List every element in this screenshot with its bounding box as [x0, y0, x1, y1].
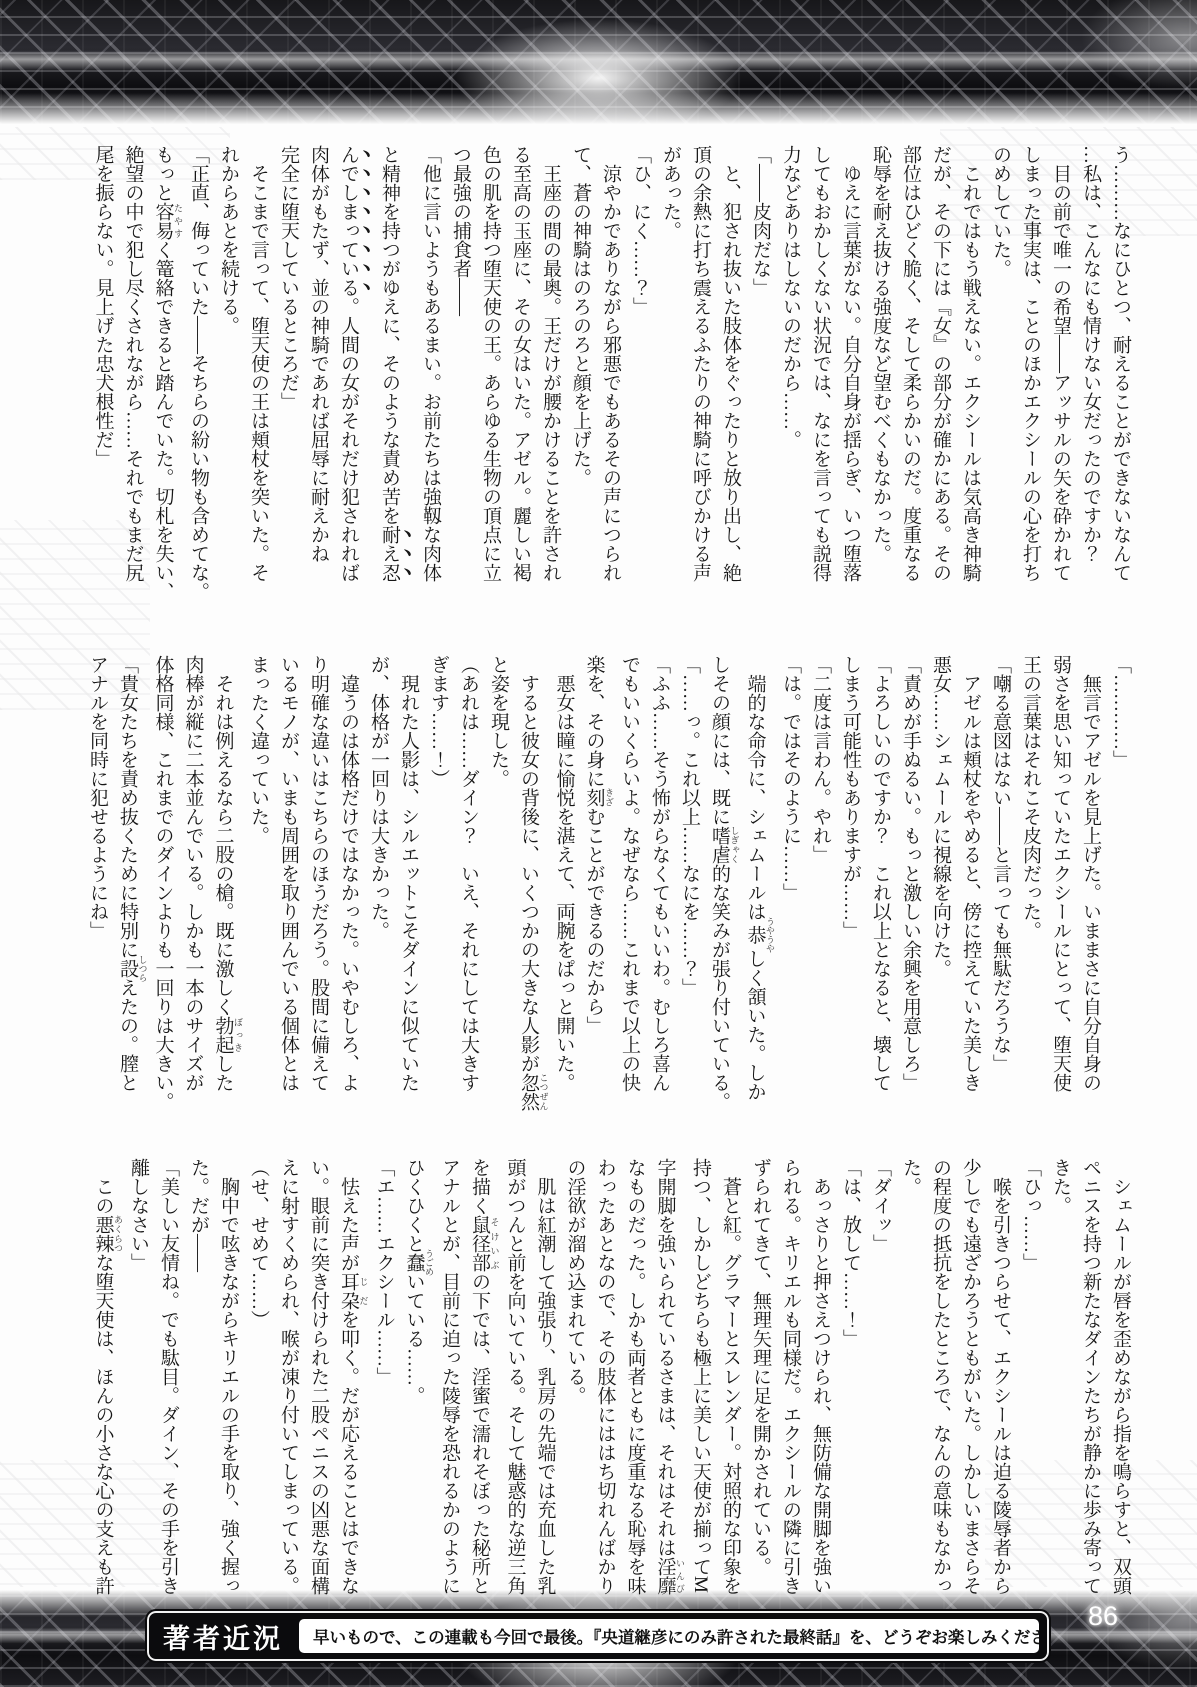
- text-column: る至高の玉座に、その女はいた。アゼル。麗しい褐: [505, 145, 535, 619]
- novel-page: う………なにひとつ、耐えることができないなんて…私は、こんなにも情けない女だった…: [0, 0, 1197, 1687]
- text-block-3: シェムールが唇を歪めながら指を鳴らすと、双頭ペニスを持つ新たなダインたちが静かに…: [103, 1158, 1135, 1610]
- text-column: …私は、こんなにも情けない女だったのですか？: [1075, 145, 1105, 619]
- text-column: 「——皮肉だな」: [745, 145, 775, 619]
- text-column: のめしていた。: [985, 145, 1015, 619]
- author-news-label: 著者近況: [149, 1617, 299, 1656]
- text-column: 肌は紅潮して強張り、乳房の先端では充血した乳: [530, 1158, 560, 1610]
- text-column: それは例えるなら二股の槍。既に激しく勃起ぼっきした: [208, 655, 244, 1129]
- text-column: まったく違っていた。: [243, 655, 273, 1129]
- text-column: ひくひくと蠢うごめいている……。: [399, 1158, 435, 1610]
- text-column: 「美しい友情ね。でも駄目。ダイン、その手を引き: [153, 1158, 183, 1610]
- text-column: 「正直、侮っていた——そちらの紛い物も含めてな。: [183, 145, 213, 619]
- text-column: と姿を現した。: [483, 655, 513, 1129]
- text-column: しその顔には、既に嗜虐しぎゃく的な笑みが張り付いている。: [704, 655, 740, 1129]
- text-column: 「……っ。これ以上……なにを……？」: [674, 655, 704, 1129]
- text-column: （せ、せめて……）: [243, 1158, 273, 1610]
- text-column: なものだった。しかも両者ともに度重なる恥辱を味: [620, 1158, 650, 1610]
- text-column: あっさりと押さえつけられ、無防備な開脚を強い: [805, 1158, 835, 1610]
- text-column: 絶望の中で犯し尽くされながら……それでもまだ尻: [118, 145, 148, 619]
- text-block-1: う………なにひとつ、耐えることができないなんて…私は、こんなにも情けない女だった…: [103, 145, 1135, 619]
- text-column: 頂の余熱に打ち震えるふたりの神騎に呼びかける声: [685, 145, 715, 619]
- text-column: を描く鼠径部そけいぶの下では、淫蜜で濡れそぼった秘所と: [464, 1158, 500, 1610]
- text-column: 体格同様、これまでのダインよりも一回りは大きい。: [148, 655, 178, 1129]
- text-column: 「嘲る意図はない——と言っても無駄だろうな」: [985, 655, 1015, 1129]
- text-column: と、犯され抜いた肢体をぐったりと放り出し、絶: [715, 145, 745, 619]
- text-column: 王の言葉はそれこそ皮肉だった。: [1015, 655, 1045, 1129]
- text-column: 尾を振らない。見上げた忠犬根性だ」: [88, 145, 118, 619]
- text-column: しまう可能性もありますが……」: [835, 655, 865, 1129]
- text-column: 「は、放して……！」: [835, 1158, 865, 1610]
- text-column: わったあとなので、その肢体にははち切れんばかり: [590, 1158, 620, 1610]
- text-column: 離しなさい」: [123, 1158, 153, 1610]
- text-column: ずられてきて、無理矢理に足を開かされている。: [745, 1158, 775, 1610]
- text-column: 完全に堕天しているところだ」: [273, 145, 303, 619]
- top-circuit-decoration: [0, 0, 1197, 126]
- text-column: 肉体がもたず、並の神騎であれば屈辱に耐えかね: [303, 145, 333, 619]
- text-column: 少しでも遠ざかろうともがいた。しかしいまさらそ: [955, 1158, 985, 1610]
- text-column: 端的な命令に、シェムールは恭うやうやしく頷いた。しか: [740, 655, 776, 1129]
- text-column: 「ダイッ」: [865, 1158, 895, 1610]
- text-column: 肉棒が縦に二本並んでいる。しかも一本のサイズが: [178, 655, 208, 1129]
- author-news-bar: 著者近況 早いもので、この連載も今回で最後。『央道継彦にのみ許された最終話』を、…: [147, 1611, 1049, 1661]
- text-column: があった。: [655, 145, 685, 619]
- text-column: 楽を、その身に刻きざむことができるのだから」: [579, 655, 615, 1129]
- text-column: た。: [895, 1158, 925, 1610]
- text-column: 「二度は言わん。やれ」: [805, 655, 835, 1129]
- text-column: ゆえに言葉がない。自分自身が揺らぎ、いつ堕落: [835, 145, 865, 619]
- text-column: してもおかしくない状況では、なにを言っても説得: [805, 145, 835, 619]
- text-column: 涼やかでありながら邪悪でもあるその声につられ: [595, 145, 625, 619]
- text-column: すると彼女の背後に、いくつかの大きな人影が忽然こつぜん: [513, 655, 549, 1129]
- text-column: 「ひ、にく……？」: [625, 145, 655, 619]
- text-column: り明確な違いはこちらのほうだろう。股間に備えて: [303, 655, 333, 1129]
- text-column: そこまで言って、堕天使の王は頬杖を突いた。そ: [243, 145, 273, 619]
- text-column: 「貴女たちを責め抜くために特別に設しつらえたの。膣と: [112, 655, 148, 1129]
- text-column: 「エ……エクシール……」: [369, 1158, 399, 1610]
- text-column: 字開脚を強いられているさまは、それはそれは淫靡いんび: [650, 1158, 686, 1610]
- author-news-panel: 早いもので、この連載も今回で最後。『央道継彦にのみ許された最終話』を、どうぞお楽…: [299, 1619, 1039, 1653]
- text-column: つ最強の捕食者——: [445, 145, 475, 619]
- text-column: と精神を持つがゆえに、そのような責め苦を耐え忍: [374, 145, 415, 619]
- text-column: だが、その下には『女』の部分が確かにある。その: [925, 145, 955, 619]
- text-column: アゼルは頬杖をやめると、傍に控えていた美しき: [955, 655, 985, 1129]
- text-column: でもいいくらいよ。なぜなら……これまで以上の快: [614, 655, 644, 1129]
- text-column: 無言でアゼルを見上げた。いままさに自分自身の: [1075, 655, 1105, 1129]
- text-column: う………なにひとつ、耐えることができないなんて: [1105, 145, 1135, 619]
- text-column: 部位はひどく脆く、そして柔らかいのだ。度重なる: [895, 145, 925, 619]
- text-column: 悪女は瞳に愉悦を湛えて、両腕をぱっと開いた。: [549, 655, 579, 1129]
- text-column: 怯えた声が耳朶じだを叩く。だが応えることはできな: [333, 1158, 369, 1610]
- text-column: 胸中で呟きながらキリエルの手を取り、強く握っ: [213, 1158, 243, 1610]
- text-column: もっと容易たやすく篭絡できると踏んでいた。切札を失い、: [148, 145, 184, 619]
- text-column: 蒼と紅。グラマーとスレンダー。対照的な印象を: [715, 1158, 745, 1610]
- text-column: きた。: [1045, 1158, 1075, 1610]
- text-column: が、体格が一回りは大きかった。: [363, 655, 393, 1129]
- text-column: 「他に言いようもあるまい。お前たちは強靱な肉体: [415, 145, 445, 619]
- page-number: 86: [1088, 1601, 1118, 1632]
- text-column: 喉を引きつらせて、エクシールは迫る陵辱者から: [985, 1158, 1015, 1610]
- text-column: の淫欲が溜め込まれている。: [560, 1158, 590, 1610]
- text-column: れからあとを続ける。: [213, 145, 243, 619]
- text-column: られる。キリエルも同様だ。エクシールの隣に引き: [775, 1158, 805, 1610]
- text-column: 頭がつんと前を向いている。そして魅惑的な逆三角: [500, 1158, 530, 1610]
- text-column: の程度の抵抗をしたところで、なんの意味もなかっ: [925, 1158, 955, 1610]
- text-column: て、蒼の神騎はのろのろと顔を上げた。: [565, 145, 595, 619]
- text-column: 弱さを思い知っていたエクシールにとって、堕天使: [1045, 655, 1075, 1129]
- author-news-text: 早いもので、この連載も今回で最後。『央道継彦にのみ許された最終話』を、どうぞお楽…: [313, 1624, 1039, 1648]
- text-column: アナルとが、目前に迫った陵辱を恐れるかのように: [434, 1158, 464, 1610]
- text-column: 「ふふ……そう怖がらなくてもいいわ。むしろ喜ん: [644, 655, 674, 1129]
- text-column: 「ひっ……」: [1015, 1158, 1045, 1610]
- text-column: た。だが——: [183, 1158, 213, 1610]
- text-column: いるモノが、いまも周囲を取り囲んでいる個体とは: [273, 655, 303, 1129]
- text-column: 「は。ではそのように……」: [775, 655, 805, 1129]
- text-column: 持つ、しかしどちらも極上に美しい天使が揃ってM: [685, 1158, 715, 1610]
- text-column: （あれは……ダイン？ いえ、それにしては大きす: [453, 655, 483, 1129]
- text-column: この悪辣あくらつな堕天使は、ほんの小さな心の支えも許: [88, 1158, 124, 1610]
- text-column: ペニスを持つ新たなダインたちが静かに歩み寄って: [1075, 1158, 1105, 1610]
- text-block-2: 「…………」 無言でアゼルを見上げた。いままさに自分自身の弱さを思い知っていたエ…: [103, 655, 1135, 1129]
- text-column: 「よろしいのですか？ これ以上となると、壊して: [865, 655, 895, 1129]
- text-column: い。眼前に突き付けられた二股ペニスの凶悪な面構: [303, 1158, 333, 1610]
- text-column: アナルを同時に犯せるようにね」: [82, 655, 112, 1129]
- text-column: 王座の間の最奥。王だけが腰かけることを許され: [535, 145, 565, 619]
- text-column: 違うのは体格だけではなかった。いやむしろ、よ: [333, 655, 363, 1129]
- text-column: 現れた人影は、シルエットこそダインに似ていた: [393, 655, 423, 1129]
- text-column: んでしまっている。人間の女がそれだけ犯されれば: [333, 145, 374, 619]
- text-column: えに射すくめられ、喉が凍り付いてしまっている。: [273, 1158, 303, 1610]
- text-column: シェムールが唇を歪めながら指を鳴らすと、双頭: [1105, 1158, 1135, 1610]
- text-column: 悪女……シェムールに視線を向けた。: [925, 655, 955, 1129]
- text-column: しまった事実は、ことのほかエクシールの心を打ち: [1015, 145, 1045, 619]
- text-column: 目の前で唯一の希望——アッサルの矢を砕かれて: [1045, 145, 1075, 619]
- text-column: 「責めが手ぬるい。もっと激しい余興を用意しろ」: [895, 655, 925, 1129]
- text-column: 恥辱を耐え抜ける強度など望むべくもなかった。: [865, 145, 895, 619]
- text-column: これではもう戦えない。エクシールは気高き神騎: [955, 145, 985, 619]
- text-column: ぎます……！）: [423, 655, 453, 1129]
- text-column: 力などありはしないのだから……。: [775, 145, 805, 619]
- text-column: 「…………」: [1105, 655, 1135, 1129]
- text-column: 色の肌を持つ堕天使の王。あらゆる生物の頂点に立: [475, 145, 505, 619]
